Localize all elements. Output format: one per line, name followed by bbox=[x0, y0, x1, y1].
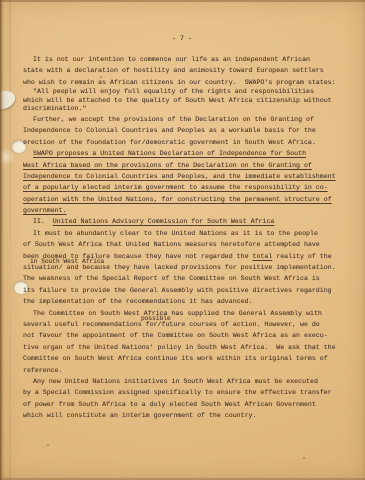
text-line: possibleseveral useful recommendations f… bbox=[23, 319, 341, 330]
text-line: tive organ of the United Nations' policy… bbox=[23, 342, 341, 353]
text-line: state with a declaration of hostility an… bbox=[23, 65, 341, 76]
document-page: - 7 - It is not our intention to commenc… bbox=[0, 0, 365, 480]
text-line: Committee on South West Africa continue … bbox=[23, 353, 341, 364]
text-line: Independence to Colonial Countries and P… bbox=[23, 125, 341, 136]
blockquote-swapo-program: "All people will enjoy full equality of … bbox=[23, 88, 341, 114]
paper-speck bbox=[303, 457, 305, 459]
text-line: Independence to Colonial Countries and P… bbox=[23, 171, 341, 182]
text-segment: several useful recommendations for/futur… bbox=[23, 321, 320, 328]
typed-text: - 7 - It is not our intention to commenc… bbox=[23, 33, 341, 422]
text-line: its failure to provide the General Assem… bbox=[23, 285, 341, 296]
text-line: West Africa based on the provisions of t… bbox=[23, 160, 341, 171]
text-line: The Committee on South West Africa has s… bbox=[23, 308, 341, 319]
text-line: It is not our intention to commence our … bbox=[23, 54, 341, 65]
text-line: who wish to remain as African citizens i… bbox=[23, 77, 341, 88]
text-line: discrimination." bbox=[23, 105, 341, 114]
paragraph-swapo-proposal-underlined: SWAPO proposes a United Nations Declarat… bbox=[23, 148, 341, 216]
typed-insertion: possible bbox=[141, 313, 171, 324]
typed-insertion: in South West Africa bbox=[30, 256, 104, 267]
text-line: of a popularly elected interim governmen… bbox=[23, 182, 341, 193]
text-line: of South West Africa that United Nations… bbox=[23, 239, 341, 250]
text-line: SWAPO proposes a United Nations Declarat… bbox=[23, 148, 341, 159]
text-line: Further, we accept the provisions of the… bbox=[23, 114, 341, 125]
text-line: reference. bbox=[23, 365, 341, 376]
text-line: "All people will enjoy full equality of … bbox=[23, 88, 341, 97]
page-number: - 7 - bbox=[23, 33, 341, 45]
paper-crease bbox=[9, 0, 11, 480]
heading-numeral: II. bbox=[33, 218, 53, 225]
page-edge-shadow-left bbox=[0, 0, 4, 480]
text-line: by a Special Commission assigned specifi… bbox=[23, 387, 341, 398]
text-line: not favour the appointment of the Commit… bbox=[23, 330, 341, 341]
text-line: The weakness of the Special Report of th… bbox=[23, 273, 341, 284]
paragraph-further: Further, we accept the provisions of the… bbox=[23, 114, 341, 148]
section-heading: II. United Nations Advisory Commission f… bbox=[23, 216, 341, 227]
text-line: the implementation of the recommendation… bbox=[23, 296, 341, 307]
text-line: erection of the foundation for/democrati… bbox=[23, 137, 341, 148]
page-edge-shadow-top bbox=[0, 0, 365, 2]
underlined-word: total bbox=[253, 253, 273, 260]
paragraph-intro: It is not our intention to commence our … bbox=[23, 54, 341, 88]
text-line: of power from South Africa to a duly ele… bbox=[23, 399, 341, 410]
text-line: government. bbox=[23, 205, 341, 216]
paragraph-special-commission: Any new United Nations initiatives in So… bbox=[23, 376, 341, 422]
heading-title: United Nations Advisory Commission for S… bbox=[53, 218, 275, 225]
text-line: Any new United Nations initiatives in So… bbox=[23, 376, 341, 387]
paragraph-committee: The Committee on South West Africa has s… bbox=[23, 308, 341, 376]
text-line: operation with the United Nations, for c… bbox=[23, 194, 341, 205]
text-line: in South West Africasituation/ and becau… bbox=[23, 262, 341, 273]
paragraph-un-measures: It must be abundantly clear to the Unite… bbox=[23, 228, 341, 308]
text-line: It must be abundantly clear to the Unite… bbox=[23, 228, 341, 239]
paper-speck bbox=[47, 444, 49, 446]
text-segment: reality of the bbox=[272, 253, 331, 260]
text-line: which will constitute an interim governm… bbox=[23, 410, 341, 421]
